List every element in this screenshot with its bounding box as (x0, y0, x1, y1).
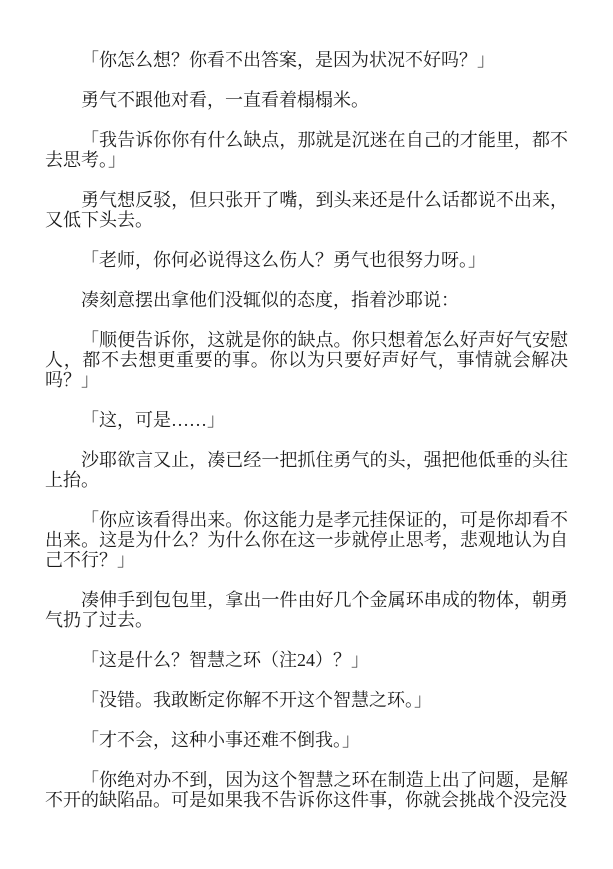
paragraph: 勇气想反驳，但只张开了嘴，到头来还是什么话都说不出来，又低下头去。 (45, 190, 568, 230)
paragraph: 勇气不跟他对看，一直看着榻榻米。 (45, 90, 568, 110)
paragraph: 「顺便告诉你，这就是你的缺点。你只想着怎么好声好气安慰人，都不去想更重要的事。你… (45, 330, 568, 390)
paragraph: 「你怎么想？你看不出答案，是因为状况不好吗？」 (45, 50, 568, 70)
paragraph: 「这，可是……」 (45, 410, 568, 430)
ebook-page: 「你怎么想？你看不出答案，是因为状况不好吗？」 勇气不跟他对看，一直看着榻榻米。… (0, 0, 613, 869)
paragraph: 「没错。我敢断定你解不开这个智慧之环。」 (45, 690, 568, 710)
paragraph: 「你应该看得出来。你这能力是孝元挂保证的，可是你却看不出来。这是为什么？为什么你… (45, 510, 568, 570)
paragraph: 「这是什么？智慧之环（注24）？」 (45, 650, 568, 670)
paragraph: 「我告诉你你有什么缺点，那就是沉迷在自己的才能里，都不去思考。」 (45, 130, 568, 170)
paragraph: 「你绝对办不到，因为这个智慧之环在制造上出了问题，是解不开的缺陷品。可是如果我不… (45, 770, 568, 810)
paragraph: 「才不会，这种小事还难不倒我。」 (45, 730, 568, 750)
paragraph: 凑刻意摆出拿他们没辄似的态度，指着沙耶说： (45, 290, 568, 310)
paragraph: 「老师，你何必说得这么伤人？勇气也很努力呀。」 (45, 250, 568, 270)
paragraph: 沙耶欲言又止，凑已经一把抓住勇气的头，强把他低垂的头往上抬。 (45, 450, 568, 490)
paragraph: 凑伸手到包包里，拿出一件由好几个金属环串成的物体，朝勇气扔了过去。 (45, 590, 568, 630)
